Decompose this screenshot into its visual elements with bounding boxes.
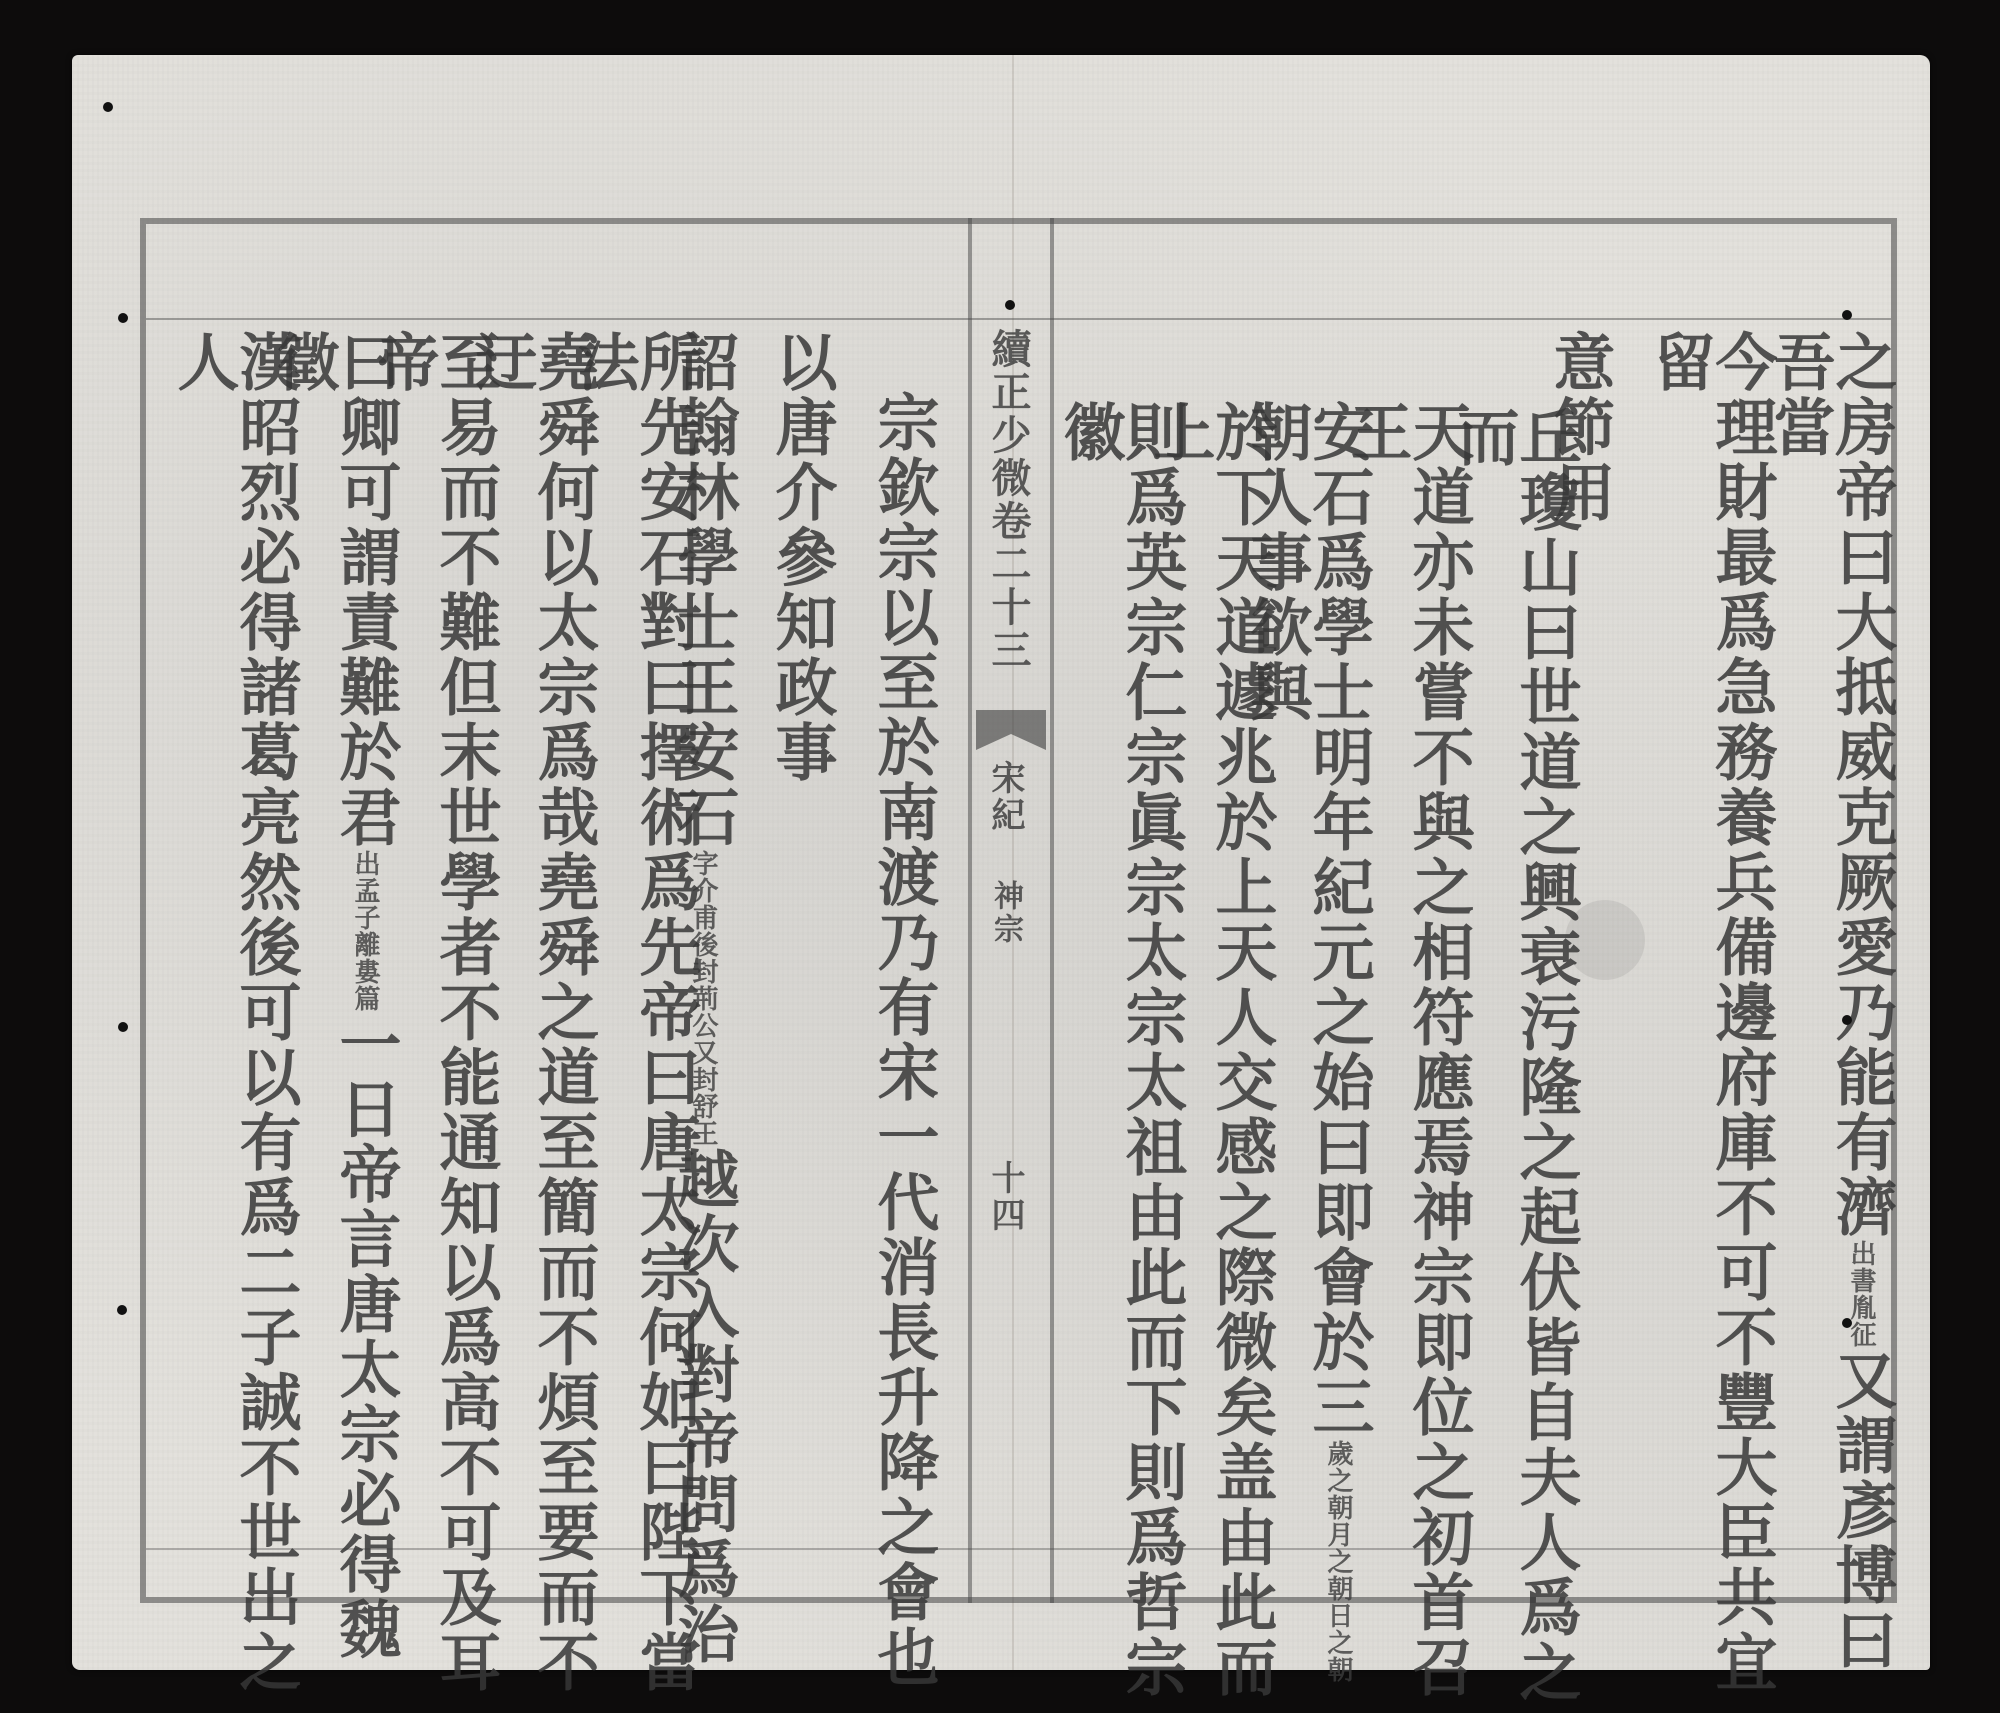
left-column-8: 漢昭烈必得諸葛亮然後可以有爲二子誠不世出之人 [172, 330, 296, 1713]
binding-hole-icon [1842, 1015, 1852, 1025]
binding-hole-icon [118, 313, 128, 323]
binding-hole-icon [117, 1305, 127, 1315]
left-column-2: 以唐介參知政事 [770, 330, 832, 785]
column-text: 曰卿可謂責難於君 [329, 330, 402, 850]
right-column-8: 則爲英宗仁宗眞宗太宗太祖由此而下則爲哲宗徽 [1058, 400, 1182, 1713]
column-text: 漢昭烈必得諸葛亮然後可以有爲二子誠不世出之人 [167, 330, 302, 1695]
center-title: 續正少微卷二十三 [988, 328, 1028, 672]
column-text: 以唐介參知政事 [765, 330, 838, 785]
column-text: 今理財最爲急務養兵備邊府庫不可不豐大臣共宜留 [1643, 330, 1778, 1695]
column-text: 之房帝曰大抵威克厥愛乃能有濟 [1825, 330, 1898, 1240]
interlinear-note: 歲之朝月之朝日之朝 [1323, 1440, 1352, 1683]
binding-hole-icon [118, 1022, 128, 1032]
interlinear-note: 出書胤征 [1846, 1240, 1875, 1348]
column-text: 宗欽宗以至於南渡乃有宋一代消長升降之會也 [867, 390, 940, 1690]
binding-hole-icon [103, 102, 113, 112]
center-section: 宋紀 [988, 760, 1022, 834]
column-text: 則爲英宗仁宗眞宗太宗太祖由此而下則爲哲宗徽 [1053, 400, 1188, 1700]
center-page-number: 十四 [988, 1160, 1022, 1234]
binding-hole-icon [1842, 310, 1852, 320]
left-column-1: 宗欽宗以至於南渡乃有宋一代消長升降之會也 [872, 390, 934, 1690]
center-reign: 神宗 [990, 880, 1020, 946]
right-column-1: 之房帝曰大抵威克厥愛乃能有濟出書胤征又謂彥博曰吾當 [1768, 330, 1892, 1713]
binding-hole-icon [1005, 300, 1015, 310]
binding-hole-icon [1842, 1318, 1852, 1328]
interlinear-note: 出孟子離婁篇 [350, 850, 379, 1012]
right-column-2: 今理財最爲急務養兵備邊府庫不可不豐大臣共宜留 [1648, 330, 1772, 1713]
